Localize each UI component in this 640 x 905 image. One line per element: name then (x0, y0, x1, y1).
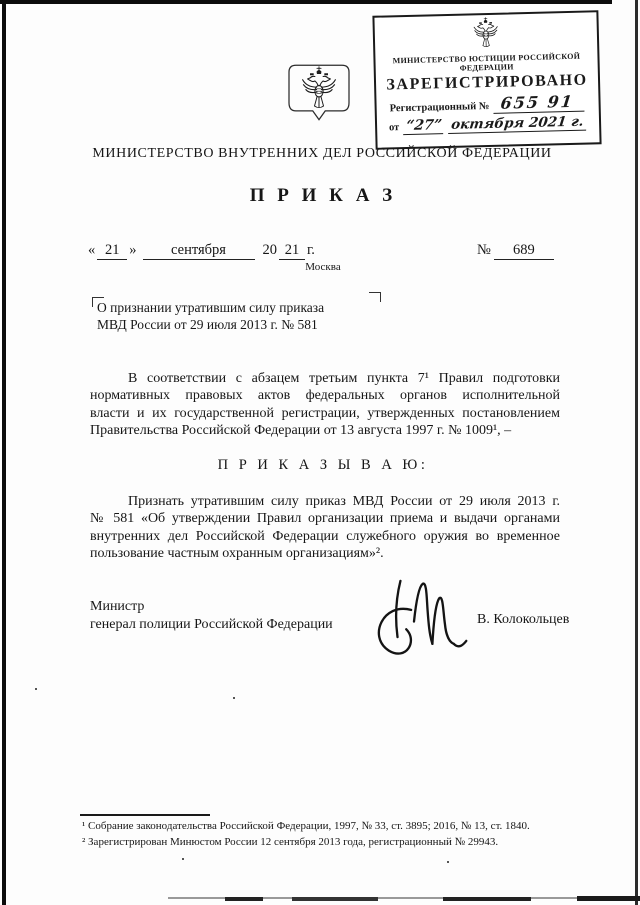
mvd-coat-of-arms-icon (287, 64, 351, 134)
document-number: № 689 (477, 242, 554, 260)
body-paragraph-1: В соответствии с абзацем третьим пункта … (90, 370, 560, 439)
date-close-quote: » (129, 242, 136, 259)
handwritten-signature-icon (358, 577, 470, 669)
subject-line2: МВД России от 29 июля 2013 г. № 581 (97, 317, 397, 334)
signer-position-line2: генерал полиции Российской Федерации (90, 616, 333, 634)
scan-speckle (447, 861, 449, 863)
signer-name: В. Колокольцев (477, 612, 569, 628)
stamp-eagle-icon (470, 17, 501, 50)
decree-word: П Р И К А З Ы В А Ю: (88, 457, 558, 474)
signer-position: Министр генерал полиции Российской Федер… (90, 598, 333, 633)
footnote-1: ¹ Собрание законодательства Российской Ф… (82, 820, 572, 832)
stamp-date-day: “27” (403, 117, 445, 135)
subject-block: О признании утратившим силу приказа МВД … (97, 300, 397, 333)
body-paragraph-2: Признать утратившим силу приказ МВД Росс… (90, 493, 560, 562)
date-open-quote: « (88, 242, 95, 259)
date-month: сентября (143, 242, 255, 260)
stamp-reg-number-label: Регистрационный № (390, 101, 490, 114)
scan-edge-bottom-dark3 (443, 897, 531, 901)
scan-speckle (233, 697, 235, 699)
date-day: 21 (97, 242, 127, 260)
subject-line1: О признании утратившим силу приказа (97, 300, 397, 317)
minjust-registration-stamp: МИНИСТЕРСТВО ЮСТИЦИИ РОССИЙСКОЙ ФЕДЕРАЦИ… (372, 10, 601, 149)
scan-edge-bottom-dark2 (292, 897, 378, 901)
ministry-name: МИНИСТЕРСТВО ВНУТРЕННИХ ДЕЛ РОССИЙСКОЙ Ф… (60, 146, 584, 162)
body-line: № 581 «Об утверждении Правил организации… (90, 510, 560, 527)
stamp-date-label: от (389, 122, 400, 133)
body-line: нормативных правовых актов федеральных о… (90, 387, 560, 404)
footnote-rule (80, 814, 210, 816)
body-line: В соответствии с абзацем третьим пункта … (90, 370, 560, 387)
scan-edge-bottom-dark4 (577, 896, 640, 901)
date-year: 21 (279, 242, 305, 260)
signer-position-line1: Министр (90, 598, 333, 616)
body-line: Правительства Российской Федерации от 13… (90, 422, 560, 439)
body-line: власти и их государственной регистрации,… (90, 405, 560, 422)
scan-edge-top (0, 0, 612, 4)
scan-edge-right (635, 0, 638, 905)
stamp-date-rest: октября 2021 г. (448, 114, 588, 134)
footnote-2: ² Зарегистрирован Минюстом России 12 сен… (82, 836, 572, 848)
date-line: « 21 » сентября 20 21 г. (88, 242, 315, 260)
stamp-reg-number-value: 655 91 (493, 92, 587, 114)
body-line: Признать утратившим силу приказ МВД Росс… (90, 493, 560, 510)
date-year-prefix: 20 (263, 242, 278, 259)
document-page: МИНИСТЕРСТВО ЮСТИЦИИ РОССИЙСКОЙ ФЕДЕРАЦИ… (0, 0, 640, 905)
scan-speckle (35, 688, 37, 690)
scan-edge-bottom-dark1 (225, 897, 263, 901)
number-value: 689 (494, 242, 554, 260)
body-line: пользование частным охранным организация… (90, 545, 560, 562)
document-type-title: П Р И К А З (88, 185, 558, 207)
city-label: Москва (88, 261, 558, 273)
scan-edge-left (2, 0, 6, 905)
scan-speckle (182, 858, 184, 860)
date-year-suffix: г. (307, 242, 315, 259)
number-label: № (477, 242, 491, 259)
body-line: внутренних дел Российской Федерации служ… (90, 528, 560, 545)
